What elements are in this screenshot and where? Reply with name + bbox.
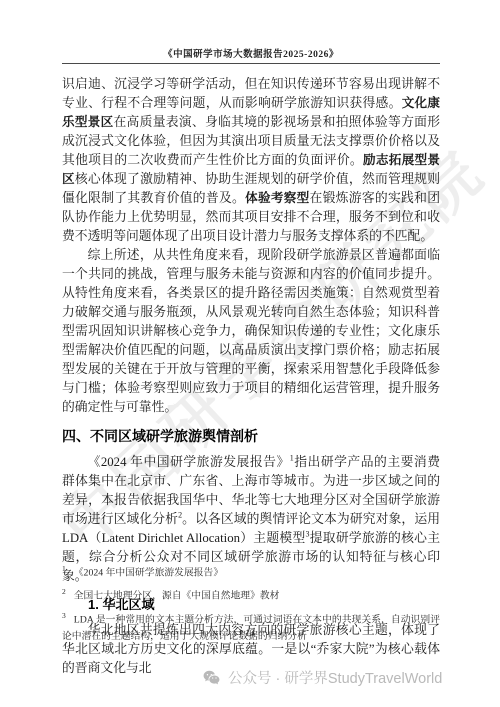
page-number: 13 (0, 629, 500, 639)
footnote-3-number: 3 (62, 611, 66, 620)
footnote-2-text: 全国七大地理分区，源自《中国自然地理》教材 (74, 591, 280, 602)
footnote-2: 2全国七大地理分区，源自《中国自然地理》教材 (62, 583, 440, 604)
paragraph-2: 综上所述，从共性角度来看，现阶段研学旅游景区普遍都面临一个共同的挑战，管理与服务… (62, 246, 440, 417)
paragraph-1: 识启迪、沉浸学习等研学活动，但在知识传递环节容易出现讲解不专业、行程不合理等问题… (62, 75, 440, 246)
footnote-3: 3LDA 是一种常用的文本主题分析方法，可通过词语在文本中的共现关系，自动识别评… (62, 607, 440, 645)
footer-account-label: 公众号 · 研学界StudyTravelWorld (228, 667, 442, 688)
footnote-1: 1《2024 年中国研学旅游发展报告》 (62, 560, 440, 581)
document-page: 中国研学会研究院 《中国研学市场大数据报告2025-2026》 识启迪、沉浸学习… (0, 0, 500, 707)
footnote-1-number: 1 (62, 564, 66, 573)
bold-term-experience-inspection: 体验考察型 (245, 191, 309, 205)
footnote-2-number: 2 (62, 587, 66, 596)
wechat-icon (202, 668, 221, 687)
header-rule (62, 63, 440, 64)
p1-text: 识启迪、沉浸学习等研学活动，但在知识传递环节容易出现讲解不专业、行程不合理等问题… (62, 77, 440, 110)
page-header-title: 《中国研学市场大数据报告2025-2026》 (62, 46, 440, 60)
page-footer: 公众号 · 研学界StudyTravelWorld (202, 667, 442, 688)
section-heading: 四、不同区域研学旅游舆情剖析 (62, 427, 440, 446)
footnote-1-text: 《2024 年中国研学旅游发展报告》 (74, 567, 223, 578)
p3-text: 《2024 年中国研学旅游发展报告》 (88, 455, 290, 469)
